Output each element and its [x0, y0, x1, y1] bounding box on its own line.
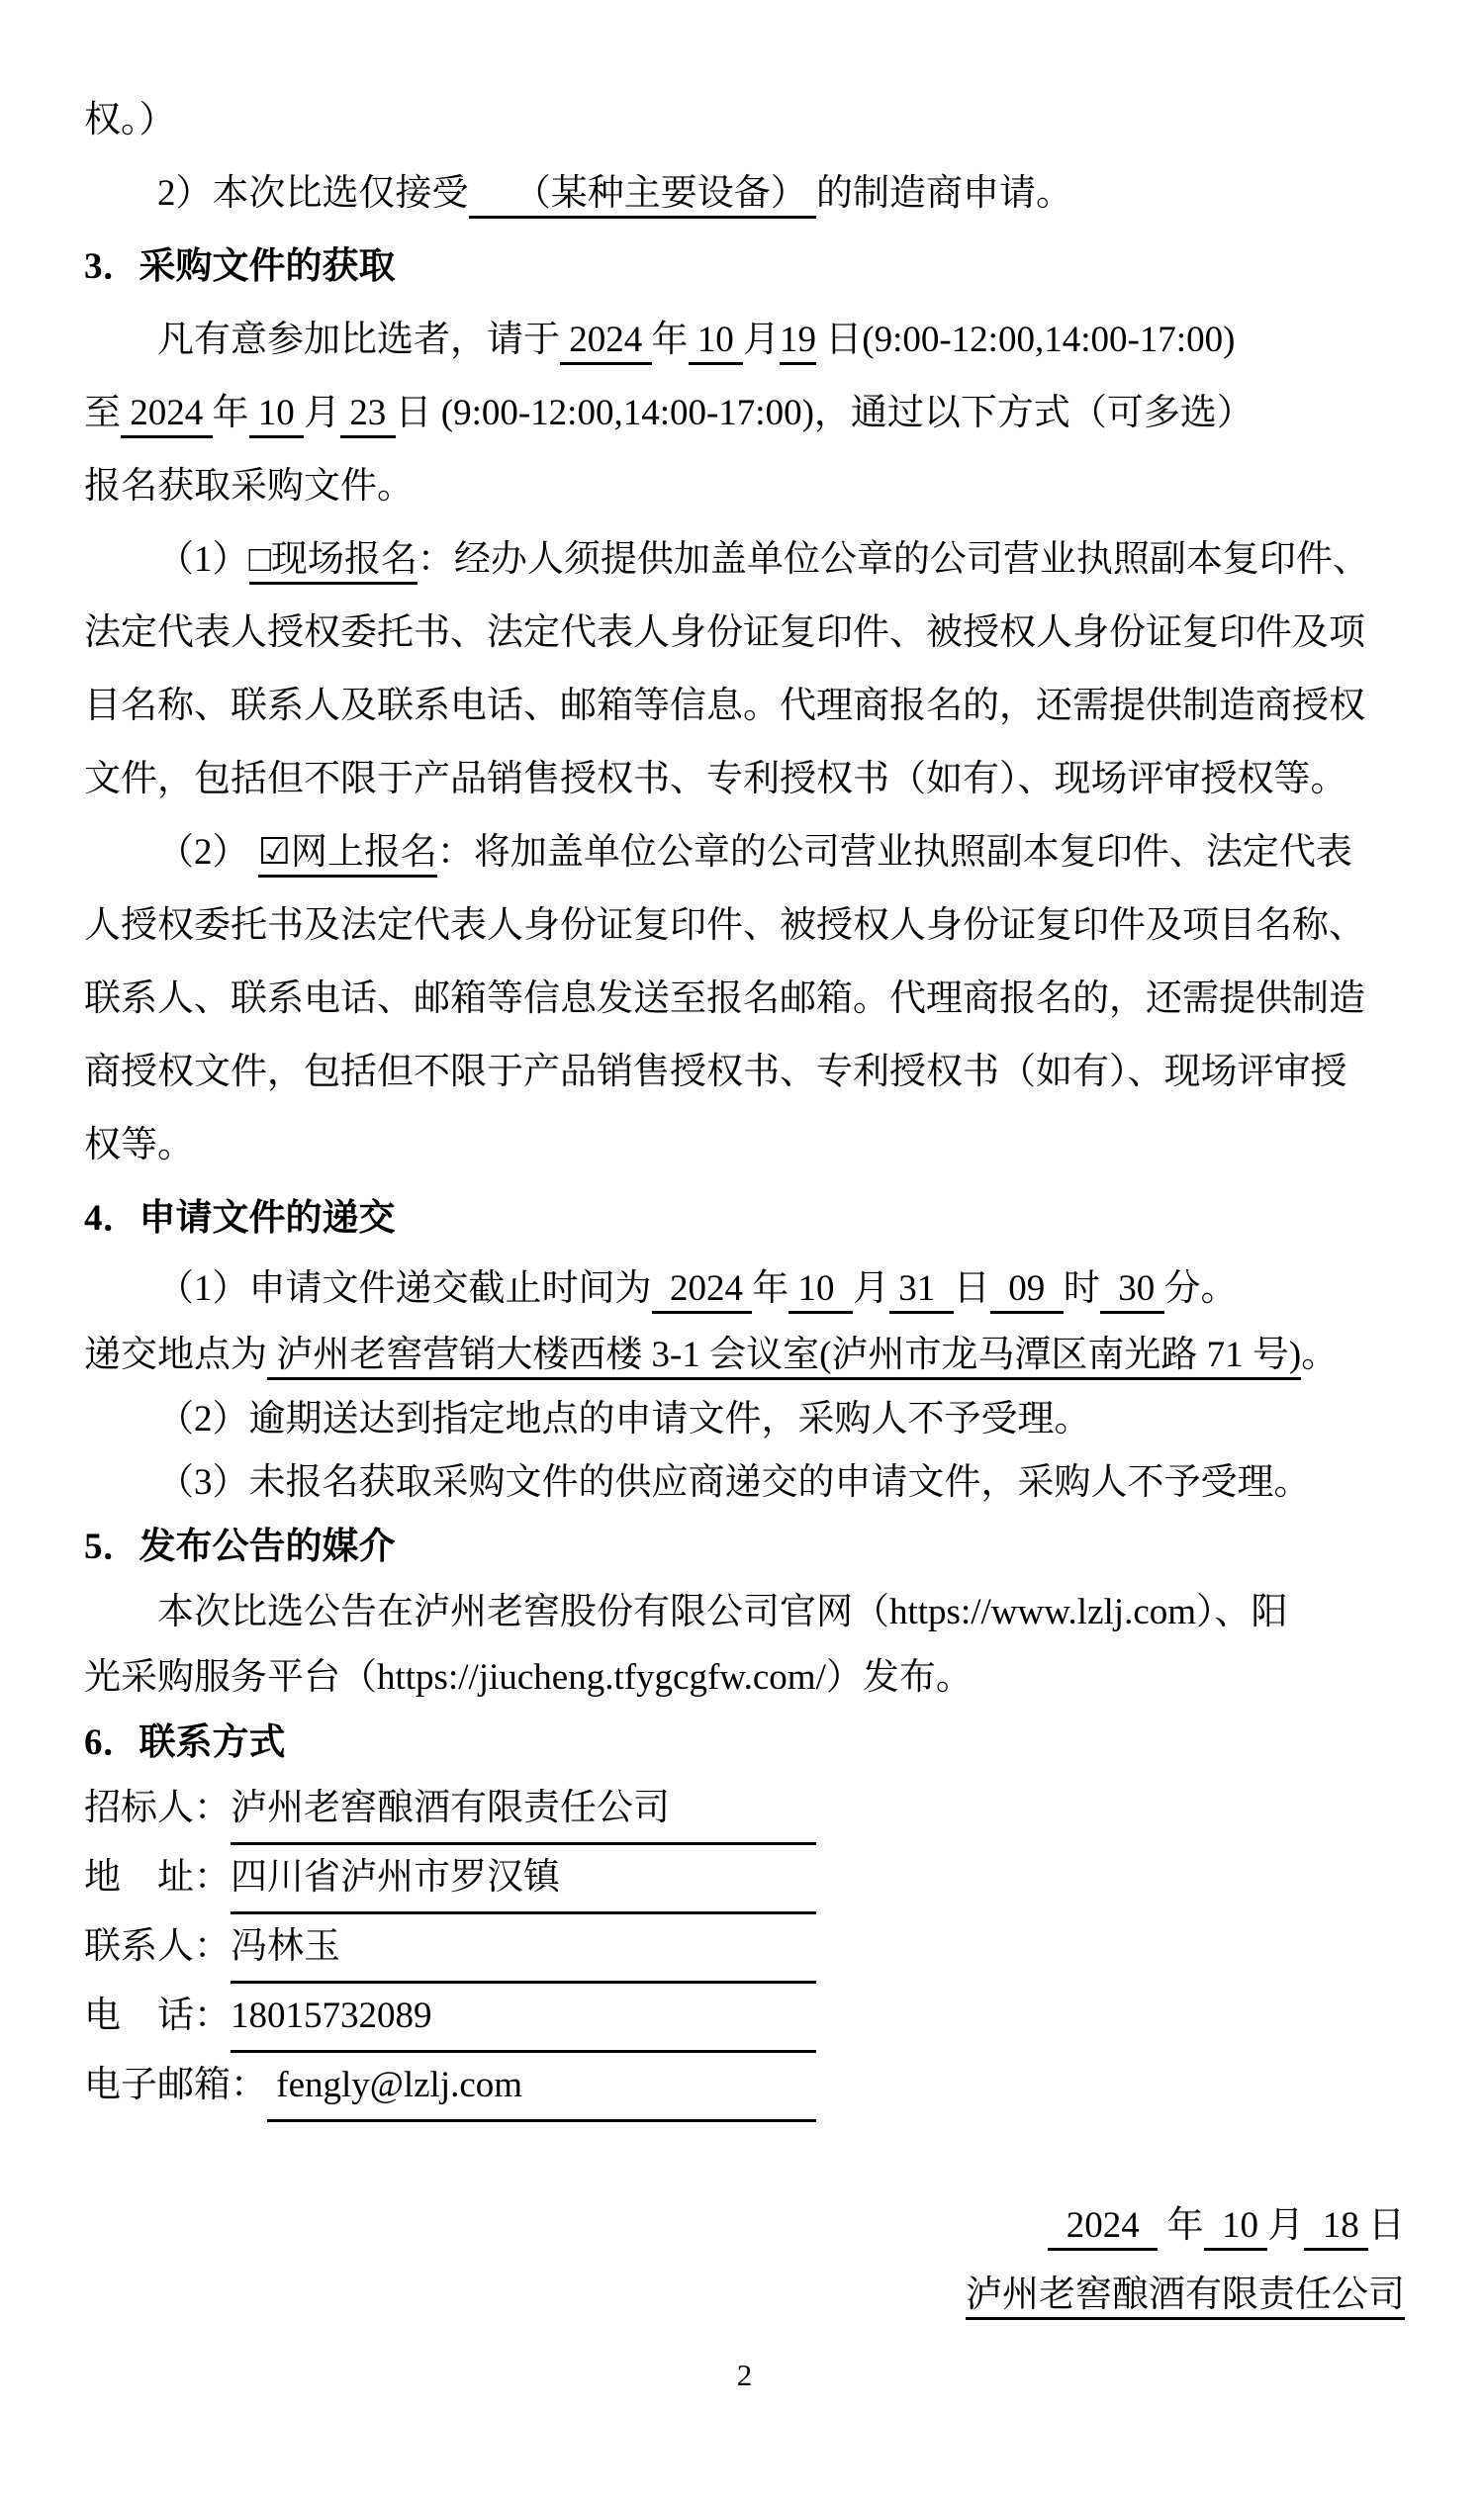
submission-location-line: 递交地点为 泸州老窖营销大楼西楼 3-1 会议室(泸州市龙马潭区南光路 71 号…: [84, 1322, 1405, 1388]
text-segment: 凡有意参加比选者，请于: [157, 320, 560, 360]
text-segment: 泸州老窖酿酒有限责任公司: [231, 1776, 816, 1845]
section-6-heading: 6．联系方式: [84, 1711, 1405, 1776]
online-registration-line-1: （2） ☑网上报名：将加盖单位公章的公司营业执照副本复印件、法定代表: [84, 816, 1405, 889]
text-segment: 2024: [1048, 2205, 1158, 2251]
text-segment: 时: [1064, 1268, 1100, 1309]
address-row: 地 址：四川省泸州市罗汉镇: [84, 1845, 816, 1914]
text-segment: （2）: [157, 832, 258, 873]
section-5-heading: 5．发布公告的媒介: [84, 1515, 1405, 1580]
text-segment: 。: [1301, 1335, 1338, 1375]
text-segment: 日: [954, 1268, 990, 1309]
document-page: 权。）2）本次比选仅接受 （某种主要设备） 的制造商申请。3．采购文件的获取凡有…: [0, 0, 1484, 2508]
text-segment: 6．联系方式: [84, 1722, 286, 1763]
section-3-paragraph-line-3: 报名获取采购文件。: [84, 450, 1405, 523]
text-segment: （某种主要设备）: [514, 173, 816, 219]
text-segment: 的制造商申请。: [816, 173, 1072, 214]
checkbox-checked-icon: ☑: [258, 832, 291, 878]
text-segment: 2024: [560, 320, 652, 365]
text-segment: 递交地点为: [84, 1335, 267, 1375]
announcement-media-line-2: 光采购服务平台（https://jiucheng.tfygcgfw.com/）发…: [84, 1645, 1405, 1711]
text-segment: 2）本次比选仅接受: [157, 173, 469, 214]
text-segment: 31: [889, 1268, 954, 1314]
online-registration-line-3: 联系人、联系电话、邮箱等信息发送至报名邮箱。代理商报名的，还需提供制造: [84, 963, 1405, 1036]
section-4-heading: 4．申请文件的递交: [84, 1182, 1405, 1255]
text-segment: [469, 173, 514, 219]
text-segment: 30: [1100, 1268, 1164, 1314]
text-segment: 电子邮箱：: [84, 2053, 267, 2122]
checkbox-unchecked-icon: □: [249, 539, 271, 585]
text-segment: fengly@lzlj.com: [267, 2053, 816, 2122]
text-segment: 商授权文件，包括但不限于产品销售授权书、专利授权书（如有）、现场评审授: [84, 1052, 1347, 1092]
text-segment: 文件，包括但不限于产品销售授权书、专利授权书（如有）、现场评审授权等。: [84, 759, 1347, 799]
contact-person-row: 联系人：冯林玉: [84, 1914, 816, 1984]
text-segment: 电 话：: [84, 1984, 231, 2053]
text-segment: 泸州老窖营销大楼西楼 3-1 会议室(泸州市龙马潭区南光路 71 号): [267, 1335, 1301, 1380]
text-segment: 四川省泸州市罗汉镇: [231, 1845, 816, 1914]
clause-overdue-line: （2）逾期送达到指定地点的申请文件，采购人不予受理。: [84, 1388, 1405, 1451]
text-segment: 光采购服务平台（https://jiucheng.tfygcgfw.com/）发…: [84, 1657, 973, 1698]
text-segment: 法定代表人授权委托书、法定代表人身份证复印件、被授权人身份证复印件及项: [84, 612, 1365, 653]
text-segment: 年: [652, 320, 689, 360]
section-3-paragraph-line-1: 凡有意参加比选者，请于 2024 年 10 月19 日(9:00-12:00,1…: [84, 304, 1405, 377]
text-segment: 10: [1204, 2205, 1268, 2251]
text-segment: 权。）: [84, 100, 176, 140]
onsite-registration-line-2: 法定代表人授权委托书、法定代表人身份证复印件、被授权人身份证复印件及项: [84, 597, 1405, 670]
text-segment: （3）未报名获取采购文件的供应商递交的申请文件，采购人不予受理。: [157, 1462, 1311, 1503]
online-registration-line-2: 人授权委托书及法定代表人身份证复印件、被授权人身份证复印件及项目名称、: [84, 889, 1405, 963]
clause-unregistered-line: （3）未报名获取采购文件的供应商递交的申请文件，采购人不予受理。: [84, 1451, 1405, 1515]
text-segment: 联系人、联系电话、邮箱等信息发送至报名邮箱。代理商报名的，还需提供制造: [84, 978, 1365, 1019]
text-segment: 18015732089: [231, 1984, 816, 2053]
text-segment: 至: [84, 393, 121, 433]
text-segment: （1）申请文件递交截止时间为: [157, 1268, 652, 1309]
text-segment: 23: [340, 393, 396, 438]
text-segment: 权等。: [84, 1125, 194, 1165]
text-segment: 09: [990, 1268, 1064, 1314]
section-3-paragraph-line-2: 至 2024 年 10 月 23 日 (9:00-12:00,14:00-17:…: [84, 377, 1405, 450]
text-segment: 月: [304, 393, 340, 433]
text-segment: 年: [752, 1268, 788, 1309]
text-segment: 联系人：: [84, 1914, 231, 1984]
text-segment: ：将加盖单位公章的公司营业执照副本复印件、法定代表: [437, 832, 1352, 873]
onsite-registration-line-4: 文件，包括但不限于产品销售授权书、专利授权书（如有）、现场评审授权等。: [84, 743, 1405, 816]
text-segment: 现场报名: [271, 539, 417, 585]
bidder-row: 招标人：泸州老窖酿酒有限责任公司: [84, 1776, 816, 1845]
onsite-registration-line-1: （1）□现场报名：经办人须提供加盖单位公章的公司营业执照副本复印件、: [84, 523, 1405, 597]
text-segment: ：经办人须提供加盖单位公章的公司营业执照副本复印件、: [417, 539, 1369, 580]
text-segment: 19: [780, 320, 816, 365]
text-segment: 日(9:00-12:00,14:00-17:00): [816, 320, 1235, 360]
announcement-media-line-1: 本次比选公告在泸州老窖股份有限公司官网（https://www.lzlj.com…: [84, 1580, 1405, 1645]
text-segment: 本次比选公告在泸州老窖股份有限公司官网（https://www.lzlj.com…: [157, 1592, 1288, 1632]
text-segment: 10: [788, 1268, 853, 1314]
online-registration-line-4: 商授权文件，包括但不限于产品销售授权书、专利授权书（如有）、现场评审授: [84, 1036, 1405, 1109]
signature-company-line: 泸州老窖酿酒有限责任公司: [84, 2261, 1405, 2330]
text-segment: 目名称、联系人及联系电话、邮箱等信息。代理商报名的，还需提供制造商授权: [84, 686, 1365, 726]
online-registration-line-5: 权等。: [84, 1109, 1405, 1182]
text-segment: 泸州老窖酿酒有限责任公司: [966, 2275, 1405, 2320]
section-3-heading: 3．采购文件的获取: [84, 231, 1405, 304]
text-segment: 招标人：: [84, 1776, 231, 1845]
onsite-registration-line-3: 目名称、联系人及联系电话、邮箱等信息。代理商报名的，还需提供制造商授权: [84, 670, 1405, 743]
text-segment: 年: [1158, 2205, 1203, 2246]
text-segment: 分。: [1164, 1268, 1238, 1309]
text-segment: 年: [213, 393, 249, 433]
email-row: 电子邮箱： fengly@lzlj.com: [84, 2053, 816, 2122]
page-number: 2: [84, 2356, 1405, 2395]
deadline-line: （1）申请文件递交截止时间为 2024 年 10 月 31 日 09 时 30 …: [84, 1255, 1405, 1322]
text-segment: 冯林玉: [231, 1914, 816, 1984]
text-segment: 人授权委托书及法定代表人身份证复印件、被授权人身份证复印件及项目名称、: [84, 905, 1365, 946]
document-body: 权。）2）本次比选仅接受 （某种主要设备） 的制造商申请。3．采购文件的获取凡有…: [84, 84, 1405, 2330]
text-segment: 日: [1368, 2205, 1405, 2246]
text-segment: 报名获取采购文件。: [84, 466, 414, 507]
text-segment: （2）逾期送达到指定地点的申请文件，采购人不予受理。: [157, 1399, 1091, 1440]
text-segment: 10: [249, 393, 305, 438]
text-segment: 2024: [121, 393, 213, 438]
text-segment: 18: [1304, 2205, 1368, 2251]
text-segment: 4．申请文件的递交: [84, 1198, 396, 1239]
text-segment: 月: [853, 1268, 889, 1309]
text-segment: 10: [689, 320, 744, 365]
date-line: 2024 年 10 月 18 日: [84, 2191, 1405, 2261]
text-segment: 5．发布公告的媒介: [84, 1527, 396, 1567]
paragraph-continuation: 权。）: [84, 84, 1405, 157]
phone-row: 电 话：18015732089: [84, 1984, 816, 2053]
text-segment: 月: [1267, 2205, 1304, 2246]
text-segment: 日 (9:00-12:00,14:00-17:00)，通过以下方式（可多选）: [396, 393, 1253, 433]
text-segment: 网上报名: [291, 832, 437, 878]
text-segment: （1）: [157, 539, 249, 580]
text-segment: 月: [743, 320, 780, 360]
text-segment: 2024: [652, 1268, 753, 1314]
clause-2-line: 2）本次比选仅接受 （某种主要设备） 的制造商申请。: [84, 157, 1405, 231]
text-segment: 3．采购文件的获取: [84, 246, 396, 287]
text-segment: 地 址：: [84, 1845, 231, 1914]
